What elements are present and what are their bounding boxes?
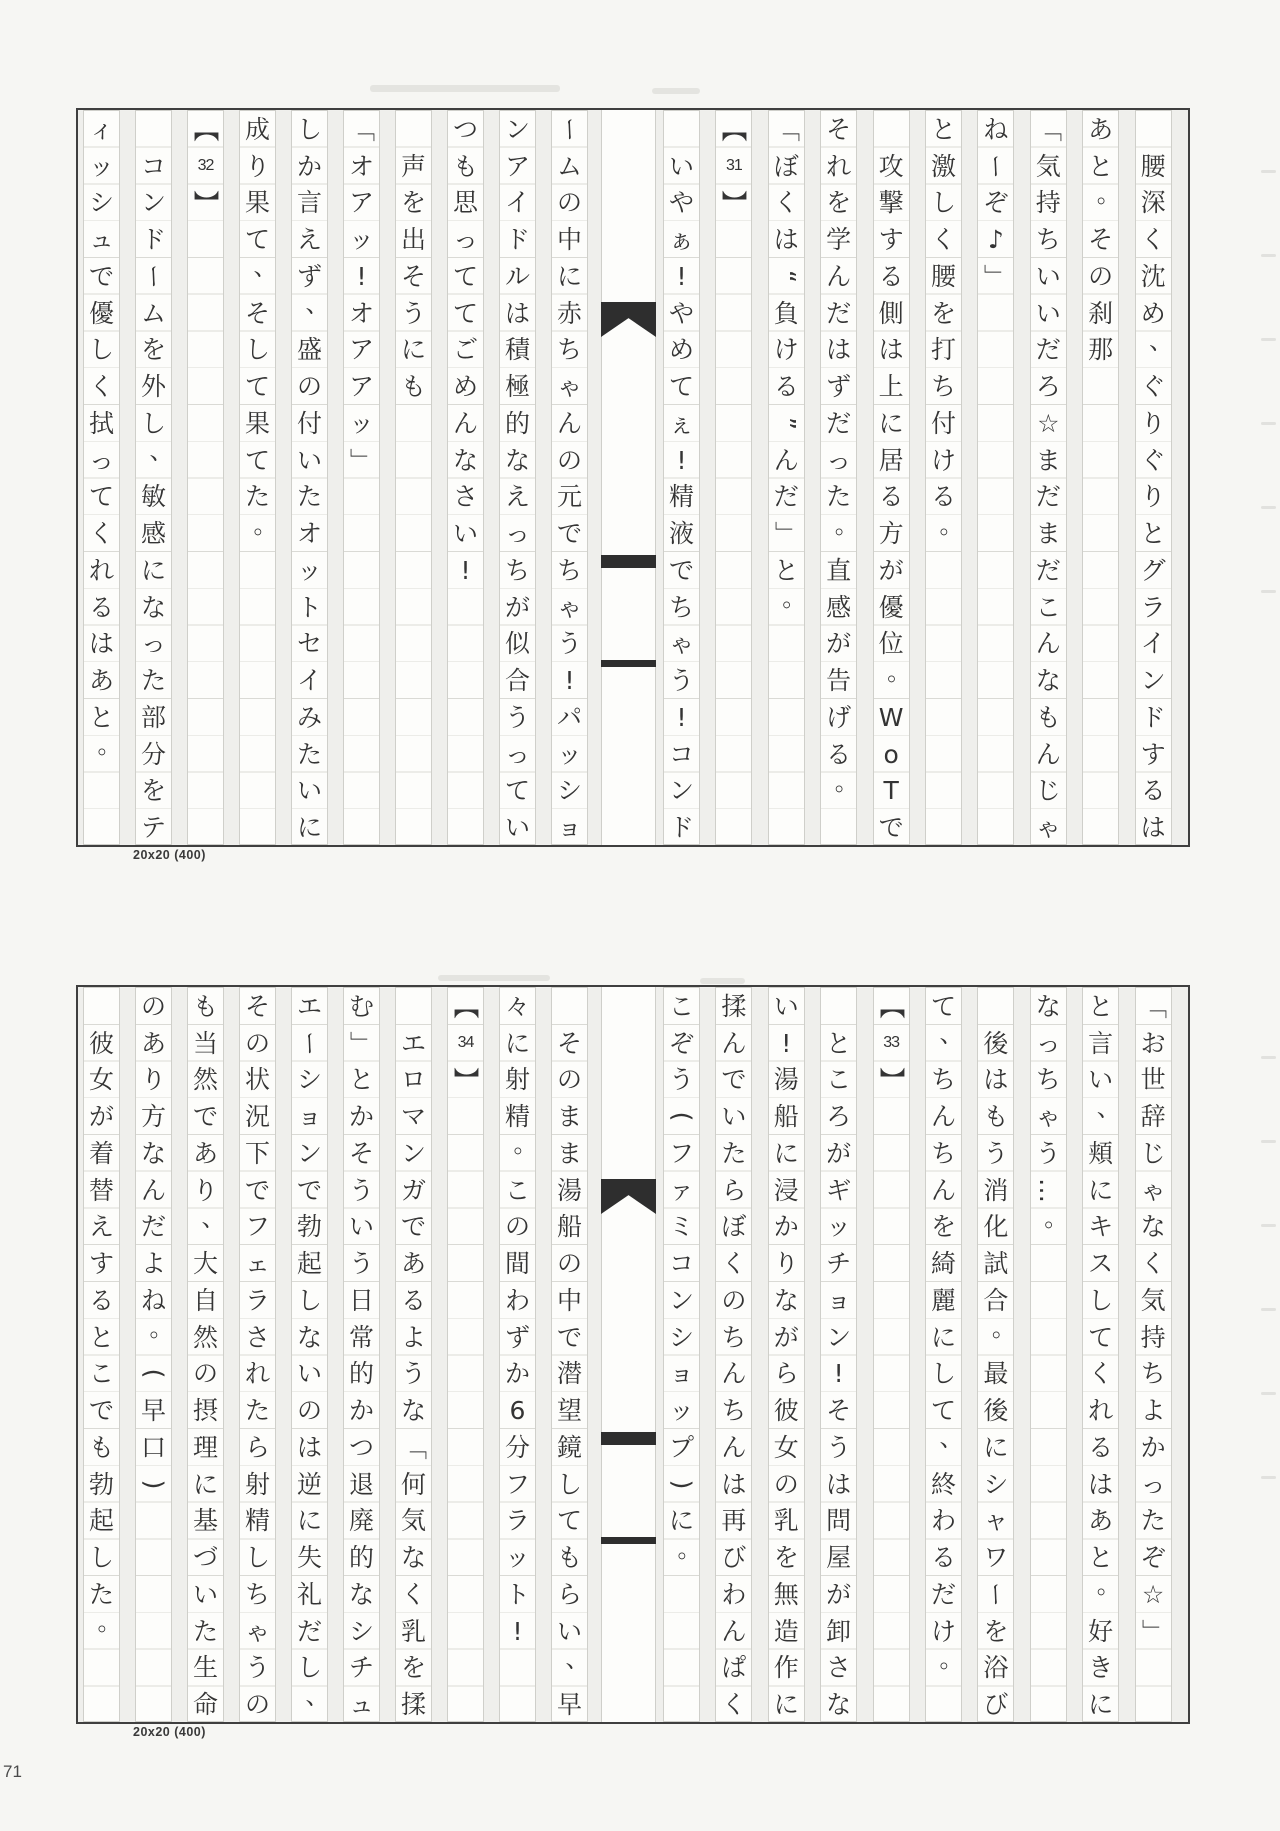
grid-cell [396, 773, 431, 810]
grid-cell: 負 [769, 295, 804, 332]
center-divider-bar [601, 660, 656, 667]
glyph: ッ [349, 227, 374, 252]
grid-cell: ラ [1136, 589, 1171, 626]
glyph: 激 [931, 154, 956, 179]
grid-cell [448, 1392, 483, 1429]
glyph: す [89, 1251, 114, 1276]
grid-cell: 。 [821, 515, 856, 552]
grid-cell: シ [664, 1319, 699, 1356]
grid-cell: 。 [84, 736, 119, 773]
glyph: 、 [202, 1206, 226, 1230]
grid-cell: た [136, 662, 171, 699]
grid-cell [874, 1613, 909, 1650]
glyph: 。 [940, 1647, 964, 1671]
glyph: 。 [887, 660, 911, 684]
grid-cell: の [292, 368, 327, 405]
glyph: 似 [505, 631, 530, 656]
grid-cell: の [240, 1025, 275, 1062]
glyph: ド [669, 815, 694, 840]
glyph: チ [349, 1655, 374, 1680]
glyph: だ [1036, 484, 1061, 509]
glyph: 試 [983, 1251, 1008, 1276]
glyph: ち [669, 595, 694, 620]
grid-cell: そ [344, 1135, 379, 1172]
glyph: る [774, 374, 799, 399]
grid-cell: 】 [716, 185, 751, 222]
glyph: を [141, 337, 166, 362]
grid-cell: 浴 [978, 1650, 1013, 1687]
glyph: す [1141, 742, 1166, 767]
glyph: ち [721, 1398, 746, 1423]
glyph: ん [931, 1178, 956, 1203]
glyph: の [557, 190, 582, 215]
glyph: ミ [669, 1214, 694, 1239]
grid-cell: ゃ [552, 589, 587, 626]
grid-cell [978, 662, 1013, 699]
glyph: と [89, 1325, 114, 1350]
grid-cell: っ [448, 221, 483, 258]
grid-cell [926, 662, 961, 699]
scan-artifact [1261, 1056, 1276, 1059]
grid-cell: り [1136, 405, 1171, 442]
grid-cell: 攻 [874, 148, 909, 185]
grid-cell: ぼ [769, 148, 804, 185]
grid-cell: は [1136, 809, 1171, 846]
glyph: る [401, 1288, 426, 1313]
grid-cell: ま [1031, 442, 1066, 479]
glyph: ン [141, 190, 166, 215]
grid-cell [769, 773, 804, 810]
glyph: 思 [453, 190, 478, 215]
grid-cell [448, 736, 483, 773]
grid-cell: ち [1031, 1062, 1066, 1099]
grid-cell: 自 [188, 1282, 223, 1319]
glyph: い [1088, 1067, 1113, 1092]
grid-cell: り [769, 1245, 804, 1282]
grid-cell: ん [926, 1172, 961, 1209]
grid-cell: 状 [240, 1062, 275, 1099]
glyph: 女 [774, 1435, 799, 1460]
glyph: る [1141, 778, 1166, 803]
grid-cell [448, 1576, 483, 1613]
grid-cell: 気 [396, 1503, 431, 1540]
glyph: た [193, 1619, 218, 1644]
glyph: パ [557, 705, 582, 730]
grid-cell: で [552, 1319, 587, 1356]
glyph: う [557, 631, 582, 656]
grid-cell: し [926, 185, 961, 222]
grid-cell: に [874, 405, 909, 442]
grid-cell: を [396, 185, 431, 222]
glyph: ! [564, 668, 574, 693]
glyph: そ [245, 301, 270, 326]
glyph: ぞ [1141, 1545, 1166, 1570]
grid-cell: フ [240, 1209, 275, 1246]
grid-cell [769, 699, 804, 736]
grid-cell [874, 1539, 909, 1576]
glyph: く [1088, 1361, 1113, 1386]
glyph: シ [349, 1619, 374, 1644]
grid-cell: い [292, 442, 327, 479]
grid-cell: ( [664, 1098, 699, 1135]
grid-cell: て [240, 442, 275, 479]
grid-cell: だ [926, 1576, 961, 1613]
glyph: む [349, 994, 374, 1019]
grid-cell [240, 699, 275, 736]
grid-cell [978, 368, 1013, 405]
text-column: それを学んだはずだった。直感が告げる。 [820, 110, 857, 845]
glyph: は [1088, 1472, 1113, 1497]
grid-cell: ア [344, 332, 379, 369]
grid-cell: 失 [292, 1539, 327, 1576]
grid-cell: ぞ [664, 1025, 699, 1062]
glyph: 基 [193, 1508, 218, 1533]
glyph: て [245, 227, 270, 252]
glyph: く [721, 1251, 746, 1276]
grid-cell: 」 [344, 1025, 379, 1062]
grid-cell: ろ [821, 1098, 856, 1135]
grid-cell: 世 [1136, 1062, 1171, 1099]
glyph: シ [669, 1325, 694, 1350]
grid-cell [136, 1576, 171, 1613]
text-column: ねーぞ♪」 [977, 110, 1014, 845]
glyph: ゃ [669, 631, 694, 656]
glyph: ラ [1141, 595, 1166, 620]
text-column: しか言えず、盛の付いたオットセイみたいに [291, 110, 328, 845]
grid-cell: 再 [716, 1503, 751, 1540]
grid-cell: す [874, 221, 909, 258]
glyph: 早 [141, 1398, 166, 1423]
glyph: ち [931, 374, 956, 399]
grid-cell: ま [552, 1098, 587, 1135]
grid-cell: 中 [552, 1282, 587, 1319]
glyph: 日 [349, 1288, 374, 1313]
grid-cell [240, 736, 275, 773]
text-column: 「オアッ!オアアッ」 [343, 110, 380, 845]
grid-cell: う [396, 295, 431, 332]
grid-cell: な [448, 442, 483, 479]
glyph: 」 [349, 448, 374, 473]
grid-cell: か [500, 1356, 535, 1393]
grid-cell [448, 809, 483, 846]
grid-cell: が [84, 1098, 119, 1135]
glyph: 【 [879, 994, 904, 1019]
grid-cell [188, 662, 223, 699]
glyph: 精 [245, 1508, 270, 1533]
grid-cell: ト [292, 589, 327, 626]
glyph: つ [453, 117, 478, 142]
grid-cell: 【 [716, 111, 751, 148]
glyph: 再 [721, 1508, 746, 1533]
text-column: ところがギッチョン!そうは問屋が卸さな [820, 987, 857, 1722]
grid-cell: か [344, 1098, 379, 1135]
grid-cell: 」 [769, 515, 804, 552]
grid-cell: の [716, 1282, 751, 1319]
glyph: “ [774, 270, 799, 283]
glyph: の [505, 1214, 530, 1239]
glyph: か [349, 1398, 374, 1423]
grid-cell [926, 552, 961, 589]
grid-cell: で [552, 515, 587, 552]
grid-cell: で [84, 1392, 119, 1429]
grid-cell: こ [664, 988, 699, 1025]
text-column: 「お世辞じゃなく気持ちよかったぞ☆」 [1135, 987, 1172, 1722]
scan-artifact [1261, 506, 1276, 509]
text-column: む」とかそういう日常的かつ退廃的なシチュ [343, 987, 380, 1722]
grid-cell: あ [84, 662, 119, 699]
glyph: な [453, 448, 478, 473]
grid-cell: 間 [500, 1245, 535, 1282]
grid-cell: “ [769, 258, 804, 295]
glyph: 、 [1097, 1096, 1121, 1120]
glyph: 浸 [774, 1178, 799, 1203]
glyph: ( [141, 1369, 166, 1379]
glyph: た [721, 1141, 746, 1166]
grid-cell: 的 [344, 1539, 379, 1576]
grid-cell: 然 [188, 1319, 223, 1356]
grid-cell: み [292, 699, 327, 736]
text-column: ンアイドルは積極的なえっちが似合うってい [499, 110, 536, 845]
grid-cell: す [1136, 736, 1171, 773]
grid-cell: 礼 [292, 1576, 327, 1613]
glyph: ア [349, 190, 374, 215]
grid-cell: め [448, 368, 483, 405]
glyph: 側 [879, 301, 904, 326]
glyph: 望 [557, 1398, 582, 1423]
grid-cell [396, 699, 431, 736]
glyph: い [193, 1582, 218, 1607]
scan-artifact [1261, 170, 1276, 173]
grid-cell [978, 295, 1013, 332]
glyph: あ [89, 668, 114, 693]
glyph: 撃 [879, 190, 904, 215]
glyph: ー [983, 154, 1008, 179]
glyph: ン [505, 117, 530, 142]
grid-cell: ゃ [240, 1613, 275, 1650]
glyph: ! [676, 705, 686, 730]
glyph: ー [297, 1031, 322, 1056]
grid-cell: や [664, 185, 699, 222]
glyph: し [1088, 1288, 1113, 1313]
grid-cell: 「 [344, 111, 379, 148]
grid-cell: げ [821, 699, 856, 736]
grid-cell: た [188, 1613, 223, 1650]
glyph: ゃ [1141, 1178, 1166, 1203]
glyph: な [826, 1692, 851, 1717]
block-caption-bottom: 20x20 (400) [133, 1725, 206, 1739]
grid-cell [188, 699, 223, 736]
glyph: 。 [992, 1316, 1016, 1340]
glyph: ん [721, 1435, 746, 1460]
grid-cell: ぱ [716, 1650, 751, 1687]
grid-cell: に [926, 1319, 961, 1356]
glyph: ラ [505, 1508, 530, 1533]
glyph: 、 [306, 1684, 330, 1708]
grid-cell [396, 589, 431, 626]
glyph: だ [1036, 337, 1061, 362]
glyph: 最 [983, 1361, 1008, 1386]
grid-cell: ミ [664, 1209, 699, 1246]
glyph: ん [1036, 631, 1061, 656]
grid-cell: 日 [344, 1282, 379, 1319]
glyph: 中 [557, 1288, 582, 1313]
grid-cell [874, 1392, 909, 1429]
glyph: と [774, 558, 799, 583]
glyph: ト [505, 1582, 530, 1607]
glyph: 、 [254, 255, 278, 279]
glyph: が [826, 1141, 851, 1166]
text-column: 【32】 [187, 110, 224, 845]
grid-cell: ! [664, 442, 699, 479]
grid-cell: 常 [344, 1319, 379, 1356]
scan-smudge [652, 88, 700, 94]
grid-cell: だ [769, 479, 804, 516]
glyph: た [297, 742, 322, 767]
glyph: コ [669, 742, 694, 767]
glyph: 浴 [983, 1655, 1008, 1680]
glyph: い [297, 448, 322, 473]
grid-cell: 腰 [926, 258, 961, 295]
grid-cell: 後 [978, 1392, 1013, 1429]
glyph: 、 [940, 1426, 964, 1450]
glyph: 居 [879, 448, 904, 473]
grid-cell: を [136, 332, 171, 369]
grid-cell: 下 [240, 1135, 275, 1172]
grid-cell [821, 809, 856, 846]
glyph: 部 [141, 705, 166, 730]
glyph: れ [89, 558, 114, 583]
grid-cell: エ [396, 1025, 431, 1062]
grid-cell [874, 1429, 909, 1466]
grid-cell [396, 442, 431, 479]
glyph: あ [1088, 1508, 1113, 1533]
glyph: っ [505, 521, 530, 546]
grid-cell: か [292, 148, 327, 185]
glyph: が [826, 1582, 851, 1607]
glyph: は [826, 337, 851, 362]
grid-cell: い [664, 148, 699, 185]
grid-cell: 辞 [1136, 1098, 1171, 1135]
text-column: いやぁ!やめてぇ!精液でちゃう!コンド [663, 110, 700, 845]
grid-cell: ガ [396, 1172, 431, 1209]
grid-cell: 潜 [552, 1356, 587, 1393]
grid-cell: だ [1031, 479, 1066, 516]
glyph: 綺 [931, 1251, 956, 1276]
grid-cell: そ [552, 1025, 587, 1062]
text-column: 腰深く沈め、ぐりぐりとグラインドするは [1135, 110, 1172, 845]
grid-cell [448, 1356, 483, 1393]
glyph: い [721, 1104, 746, 1129]
grid-cell: は [769, 221, 804, 258]
text-column: のあり方なんだよね。(早口) [135, 987, 172, 1722]
grid-cell: の [552, 1062, 587, 1099]
glyph: 消 [983, 1178, 1008, 1203]
grid-cell: 優 [874, 589, 909, 626]
grid-cell: イ [500, 185, 535, 222]
glyph: は [505, 301, 530, 326]
grid-cell: 激 [926, 148, 961, 185]
glyph: に [193, 1472, 218, 1497]
grid-cell [716, 221, 751, 258]
glyph: が [826, 631, 851, 656]
grid-cell: 試 [978, 1245, 1013, 1282]
grid-cell: と [344, 1062, 379, 1099]
text-column: 揉んでいたらぼくのちんちんは再びわんぱく [715, 987, 752, 1722]
glyph: っ [826, 448, 851, 473]
grid-cell [552, 988, 587, 1025]
grid-cell: で [396, 1209, 431, 1246]
grid-cell: し [240, 332, 275, 369]
glyph: び [983, 1692, 1008, 1717]
grid-cell: た [292, 479, 327, 516]
grid-cell: 「 [396, 1429, 431, 1466]
glyph: 外 [141, 374, 166, 399]
grid-cell: ち [552, 552, 587, 589]
glyph: 彼 [774, 1398, 799, 1423]
grid-cell: だ [821, 295, 856, 332]
grid-cell: を [978, 1613, 1013, 1650]
glyph: ぐ [1141, 374, 1166, 399]
glyph: こ [89, 1361, 114, 1386]
glyph: う [826, 1435, 851, 1460]
grid-cell: 退 [344, 1466, 379, 1503]
glyph: ) [141, 1479, 166, 1489]
grid-cell: い [448, 515, 483, 552]
grid-cell: る [1136, 773, 1171, 810]
glyph: わ [931, 1508, 956, 1533]
grid-cell: こ [1031, 589, 1066, 626]
grid-cell: ン [664, 773, 699, 810]
text-column: こぞう(ファミコンショップ)に。 [663, 987, 700, 1722]
glyph: 】 [193, 190, 218, 215]
grid-cell: ☆ [1136, 1576, 1171, 1613]
glyph: く [89, 374, 114, 399]
glyph: に [297, 815, 322, 840]
glyph: 32 [198, 158, 214, 174]
grid-cell: な [1031, 662, 1066, 699]
grid-cell: 命 [188, 1686, 223, 1723]
glyph: そ [349, 1141, 374, 1166]
glyph: だ [774, 484, 799, 509]
grid-cell: オ [344, 148, 379, 185]
glyph: 打 [931, 337, 956, 362]
glyph: そ [826, 117, 851, 142]
grid-cell: か [344, 1392, 379, 1429]
grid-cell: 化 [978, 1209, 1013, 1246]
grid-cell: が [821, 1576, 856, 1613]
glyph: 液 [669, 521, 694, 546]
glyph: は [826, 1472, 851, 1497]
grid-cell [664, 1576, 699, 1613]
glyph: 、 [566, 1647, 590, 1671]
grid-cell: ャ [978, 1503, 1013, 1540]
grid-cell [874, 1245, 909, 1282]
grid-cell: ム [136, 295, 171, 332]
glyph: 。 [150, 1316, 174, 1340]
grid-cell [716, 662, 751, 699]
glyph: ゃ [557, 374, 582, 399]
glyph: と [931, 117, 956, 142]
grid-cell: ゃ [1031, 809, 1066, 846]
grid-cell: 。 [769, 589, 804, 626]
glyph: か [774, 1214, 799, 1239]
grid-cell: く [1136, 1245, 1171, 1282]
glyph: で [89, 1398, 114, 1423]
glyph: の [557, 448, 582, 473]
glyph: で [401, 1214, 426, 1239]
manuscript-block-top: 腰深く沈め、ぐりぐりとグラインドするはあと。その刹那「気持ちいいだろ☆まだまだこ… [76, 108, 1190, 847]
grid-cell: を [926, 1209, 961, 1246]
